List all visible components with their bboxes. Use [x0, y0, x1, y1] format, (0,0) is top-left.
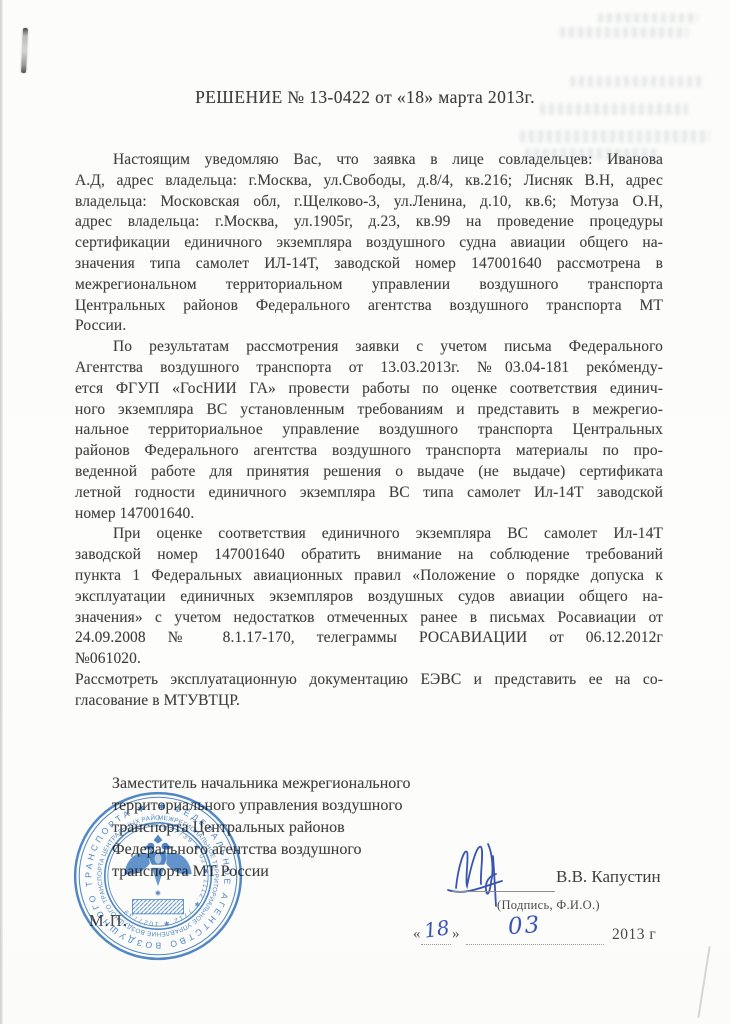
body-line: номер 147001640.	[75, 504, 663, 525]
body-line: ного экземпляра ВС установленным требова…	[75, 400, 663, 421]
body-line: значения типа самолет ИЛ-14Т, заводской …	[75, 254, 663, 275]
official-stamp: ✱ ФЕДЕРАЛЬНОЕ АГЕНТСТВО ВОЗДУШНОГО ТРАНС…	[70, 788, 246, 964]
body-line: По результатам рассмотрения заявки с уче…	[75, 337, 663, 358]
date-close-quote: »	[452, 926, 460, 943]
handwritten-month: 03	[507, 912, 542, 940]
body-line: адрес владельца: г.Москва, ул.1905г, д.2…	[75, 212, 663, 233]
paragraph: По результатам рассмотрения заявки с уче…	[75, 337, 663, 524]
date-open-quote: «	[413, 926, 421, 943]
body-line: Настоящим уведомляю Вас, что заявка в ли…	[75, 150, 663, 171]
body-line: сертификации единичного экземпляра возду…	[75, 233, 663, 254]
page-edge	[0, 0, 3, 1024]
body-line: летной годности единичного экземпляра ВС…	[75, 483, 663, 504]
body-line: значения» с учетом недостатков отмеченны…	[75, 608, 663, 629]
body-line: №061020.	[75, 649, 663, 670]
body-line: нальное территориальное управление возду…	[75, 420, 663, 441]
document-title: РЕШЕНИЕ № 13-0422 от «18» марта 2013г.	[0, 87, 730, 108]
bleed-through-artifact	[520, 130, 710, 143]
signatory-name: В.В. Капустин	[556, 867, 661, 887]
body-line: межрегиональном территориальном управлен…	[75, 275, 663, 296]
staple-mark	[21, 28, 28, 73]
body-line: Агентства воздушного транспорта от 13.03…	[75, 358, 663, 379]
paragraph: Рассмотреть эксплуатационную документаци…	[75, 670, 663, 712]
body-line: Рассмотреть эксплуатационную документаци…	[75, 670, 663, 691]
body-line: районов Федерального агентства воздушног…	[75, 441, 663, 462]
body-line: пункта 1 Федеральных авиационных правил …	[75, 566, 663, 587]
bleed-through-artifact	[560, 27, 688, 38]
body-paragraphs: Настоящим уведомляю Вас, что заявка в ли…	[75, 150, 663, 712]
handwritten-day: 18	[422, 915, 451, 942]
signature-line	[452, 864, 555, 892]
page-corner-artifact	[697, 946, 710, 1017]
eagle-emblem: ✱	[124, 835, 192, 897]
body-line: владельца: Московская обл, г.Щелково-3, …	[75, 192, 663, 213]
body-line: заводской номер 147001640 обратить внима…	[75, 545, 663, 566]
bleed-through-artifact	[570, 76, 705, 87]
page-scan: РЕШЕНИЕ № 13-0422 от «18» марта 2013г. Н…	[0, 0, 730, 1024]
paragraph: При оценке соответствия единичного экзем…	[75, 524, 663, 670]
body-line: ется ФГУП «ГосНИИ ГА» провести работы по…	[75, 379, 663, 400]
body-line: гласование в МТУВТЦР.	[75, 691, 663, 712]
paragraph: Настоящим уведомляю Вас, что заявка в ли…	[75, 150, 663, 337]
stamp-serial-box	[132, 900, 183, 914]
bleed-through-artifact	[598, 13, 698, 23]
body-line: эксплуатации единичных экземпляров возду…	[75, 587, 663, 608]
body-line: При оценке соответствия единичного экзем…	[75, 524, 663, 545]
signature-caption: (Подпись, Ф.И.О.)	[497, 898, 600, 913]
body-line: Центральных районов Федерального агентст…	[75, 296, 663, 317]
date-year: 2013 г	[612, 926, 656, 944]
svg-text:✱: ✱	[155, 889, 161, 897]
body-line: А.Д, адрес владельца: г.Москва, ул.Свобо…	[75, 171, 663, 192]
body-line: России.	[75, 316, 663, 337]
body-line: веденной работе для принятия решения о в…	[75, 462, 663, 483]
body-line: 24.09.2008 № 8.1.17-170, телеграммы РОСА…	[75, 628, 663, 649]
